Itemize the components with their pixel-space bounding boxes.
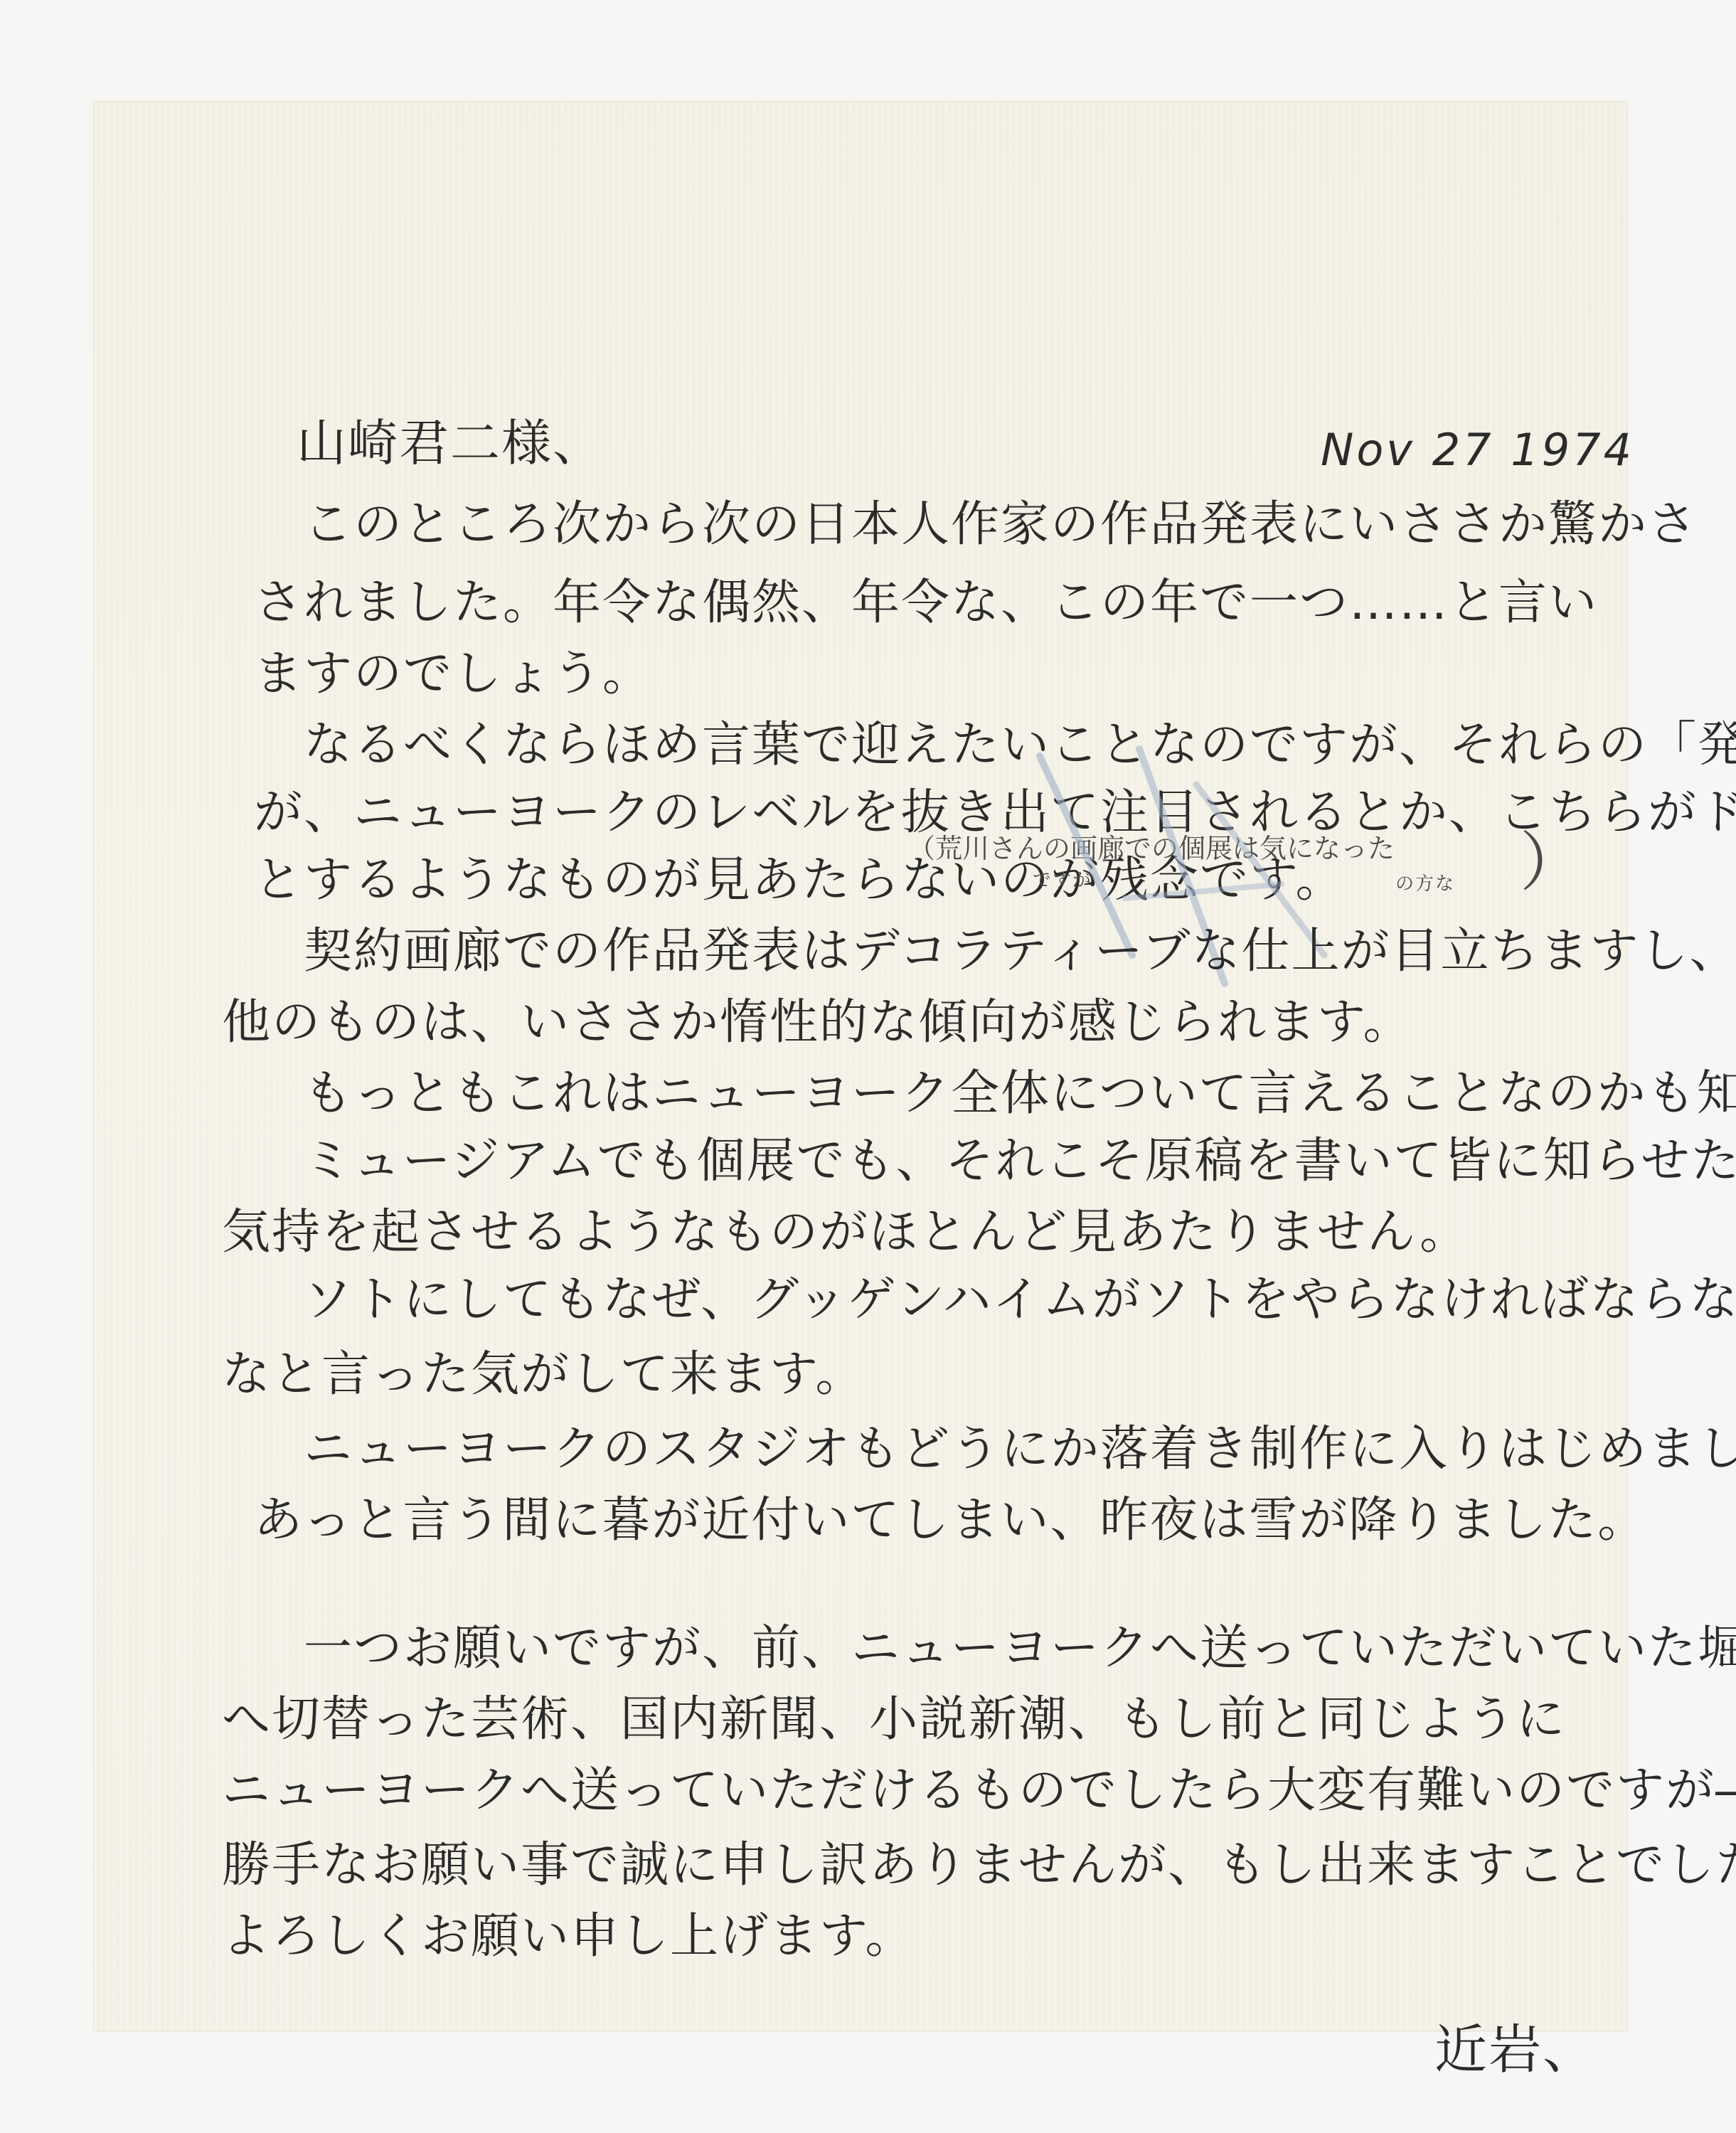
letter-line: よろしくお願い申し上げます。 [222,1908,915,1965]
letter-line: ますのでしょう。 [254,646,652,703]
letter-line: このところ次から次の日本人作家の作品発表にいささか驚かさ [254,496,1698,553]
letter-line: 他のものは、いささか惰性的な傾向が感じられます。 [222,994,1413,1051]
letter-line: ミュージアムでも個展でも、それこそ原稿を書いて皆に知らせたいと言い [254,1133,1736,1190]
letter-line: されました。年令な偶然、年令な、この年で一つ……と言い [254,575,1598,632]
letter-line: ソトにしてもなぜ、グッゲンハイムがソトをやらなければならないのか [254,1272,1736,1329]
margin-note-sub: の方な [1395,873,1455,895]
letter-line: もっともこれはニューヨーク全体について言えることなのかも知れませんが。 [254,1065,1736,1122]
letter-line: 一つお願いですが、前、ニューヨークへ送っていただいていた堀の内の家の方 [254,1620,1736,1677]
margin-note: （荒川さんの画廊での個展は気になった [908,834,1395,863]
margin-note-sub: ですが [1033,870,1092,891]
letter-line: 契約画廊での作品発表はデコラティーブな仕上が目立ちますし、 [254,923,1736,980]
margin-note-close: ） [1520,827,1584,898]
letter-line: へ切替った芸術、国内新聞、小説新潮、もし前と同じように [222,1691,1566,1748]
letter-paper: 山崎君二様、 Nov 27 1974 このところ次から次の日本人作家の作品発表に… [94,102,1626,2031]
letter-date: Nov 27 1974 [1321,422,1634,479]
letter-line: なと言った気がして来ます。 [222,1346,866,1403]
letter-line: なるべくならほめ言葉で迎えたいことなのですが、それらの「発表」 [254,717,1736,774]
letter-line: ニューヨークへ送っていただけるものでしたら大変有難いのですが―― [222,1762,1736,1819]
letter-line: ニューヨークのスタジオもどうにか落着き制作に入りはじめました。 [254,1421,1736,1478]
letter-line: 気持を起させるようなものがほとんど見あたりません。 [222,1204,1469,1261]
signature: 近岩、 [1434,2008,1597,2083]
letter-line: あっと言う間に暮が近付いてしまい、昨夜は雪が降りました。 [254,1492,1647,1549]
salutation: 山崎君二様、 [297,415,604,472]
letter-line: 勝手なお願い事で誠に申し訳ありませんが、もし出来ますことでしたら [222,1837,1736,1894]
